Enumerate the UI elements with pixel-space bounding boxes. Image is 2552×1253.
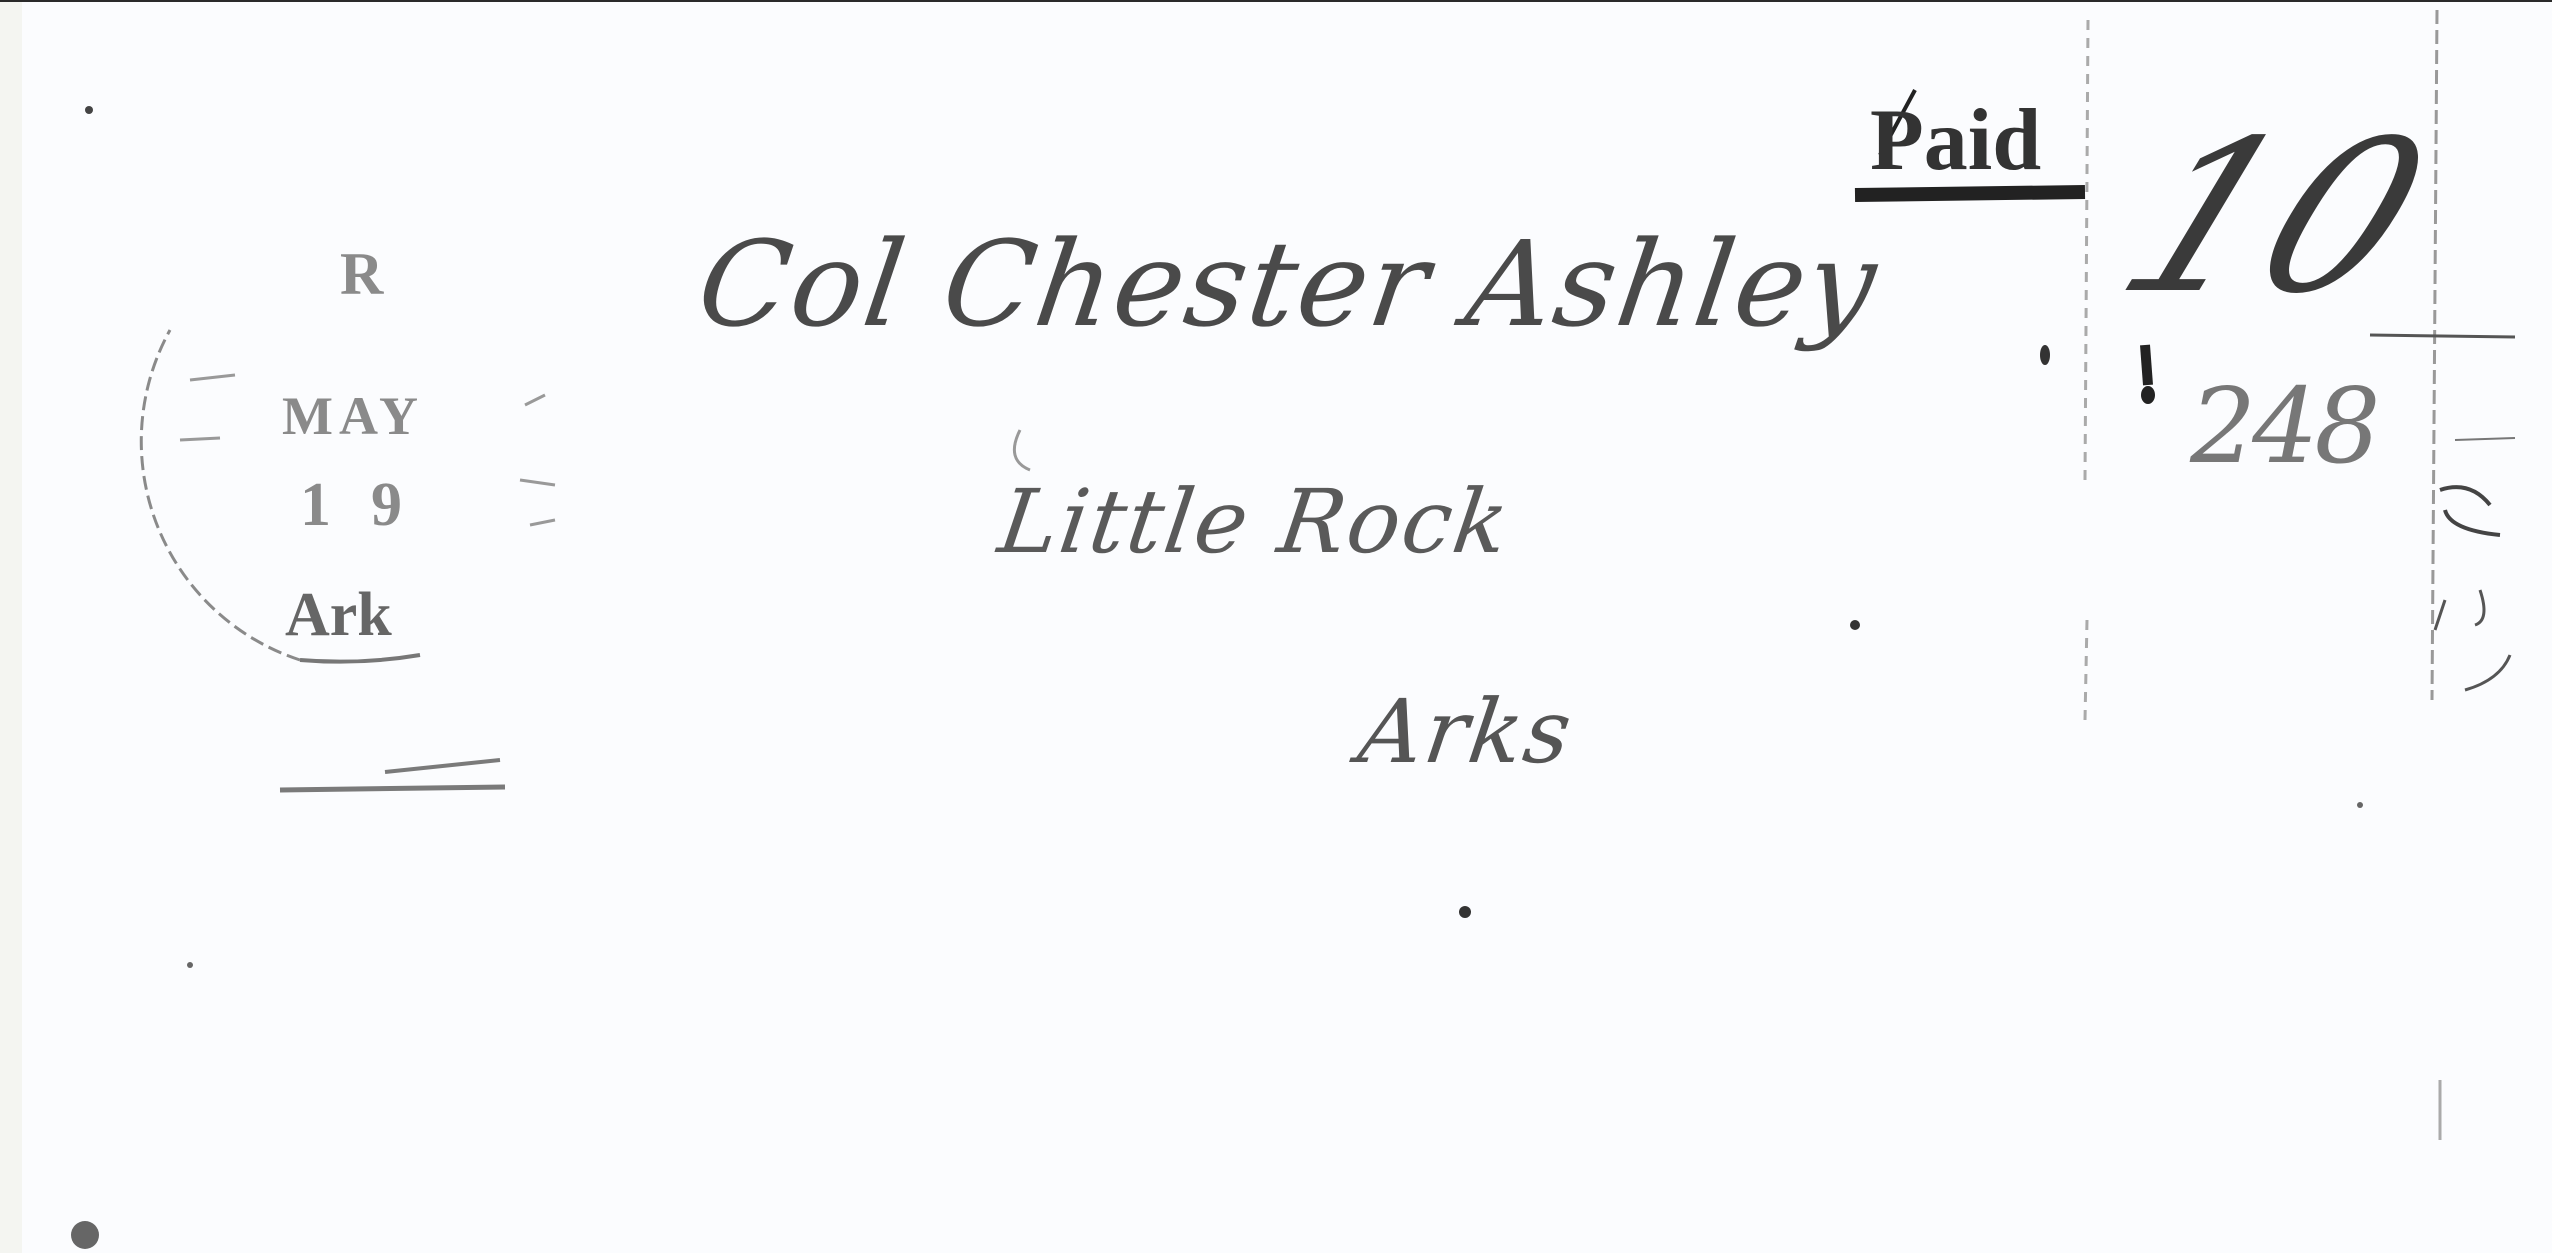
docket-number: 248 bbox=[2190, 365, 2377, 487]
postmark-top-fragment: R bbox=[340, 240, 383, 309]
fold-line-left bbox=[2085, 20, 2088, 480]
postmark-circle bbox=[141, 330, 300, 660]
paid-strike bbox=[1855, 192, 2085, 195]
address-line-city: Little Rock bbox=[993, 470, 1517, 573]
postmark-state: Ark bbox=[285, 580, 392, 651]
rate-paid-crossed: Paid bbox=[1870, 90, 2041, 191]
postmark-day: 19 bbox=[300, 470, 442, 541]
address-line-state: Arks bbox=[1353, 680, 1580, 783]
postmark-underline bbox=[280, 787, 505, 790]
postmark-month: MAY bbox=[282, 385, 424, 447]
scanned-envelope: R MAY 19 Ark Col Chester Ashley Little R… bbox=[0, 0, 2552, 1253]
address-line-recipient: Col Chester Ashley bbox=[690, 215, 1886, 353]
